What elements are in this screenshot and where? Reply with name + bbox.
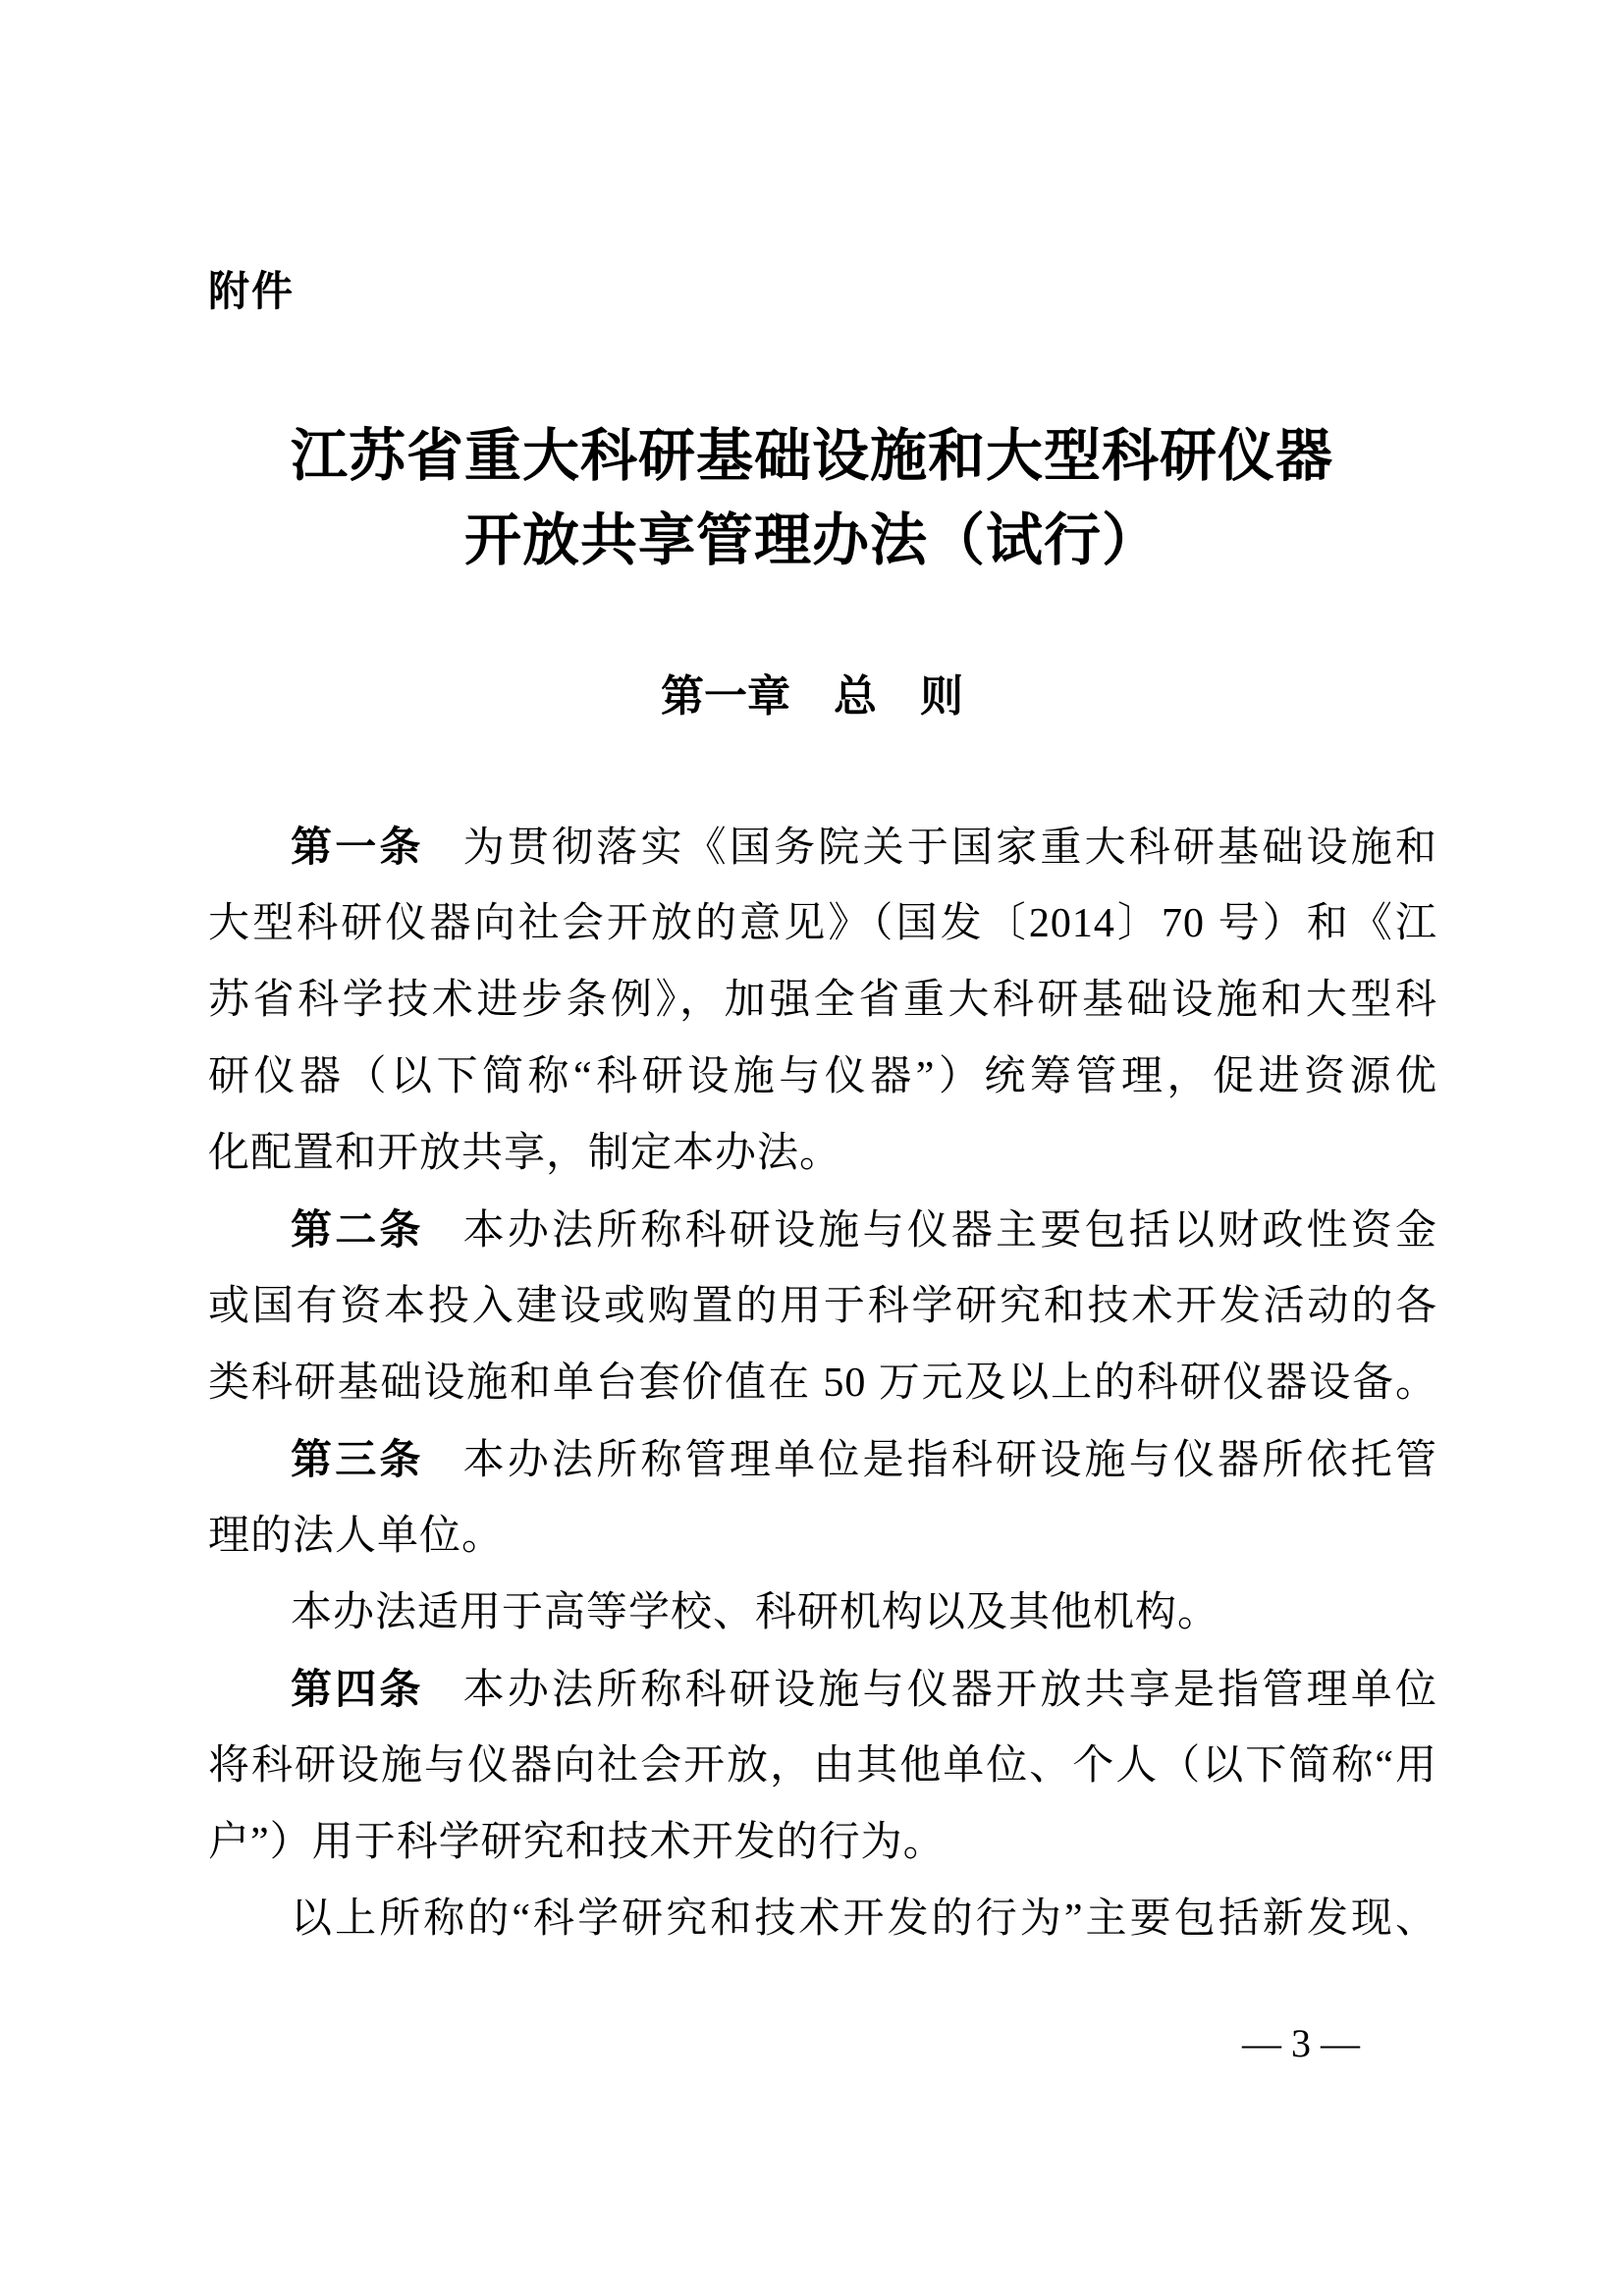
- body-line: 第二条本办法所称科研设施与仪器主要包括以财政性资金: [208, 1192, 1437, 1268]
- body-line: 以上所称的“科学研究和技术开发的行为”主要包括新发现、: [208, 1881, 1437, 1957]
- body-line: 本办法适用于高等学校、科研机构以及其他机构。: [208, 1575, 1437, 1651]
- chapter-heading: 第一章 总 则: [0, 671, 1624, 722]
- body-line-text: 类科研基础设施和单台套价值在 50 万元及以上的科研仪器设备。: [208, 1361, 1437, 1406]
- page-number: — 3 —: [1218, 2020, 1384, 2067]
- body-line-text: 本办法所称科研设施与仪器主要包括以财政性资金: [463, 1208, 1437, 1254]
- body-line-text: 研仪器（以下简称“科研设施与仪器”）统筹管理，促进资源优: [208, 1054, 1437, 1099]
- body-line-text: 以上所称的“科学研究和技术开发的行为”主要包括新发现、: [291, 1896, 1437, 1942]
- body-line-text: 苏省科学技术进步条例》，加强全省重大科研基础设施和大型科: [208, 978, 1437, 1023]
- body-line-text: 本办法所称管理单位是指科研设施与仪器所依托管: [463, 1438, 1437, 1483]
- body-line-text: 化配置和开放共享，制定本办法。: [208, 1131, 841, 1176]
- body-line: 大型科研仪器向社会开放的意见》（国发〔2014〕70 号）和《江: [208, 885, 1437, 962]
- document-title: 江苏省重大科研基础设施和大型科研仪器 开放共享管理办法（试行）: [0, 414, 1624, 583]
- body-line: 理的法人单位。: [208, 1498, 1437, 1575]
- body-line: 户”）用于科学研究和技术开发的行为。: [208, 1804, 1437, 1881]
- body-line-text: 本办法适用于高等学校、科研机构以及其他机构。: [291, 1590, 1219, 1635]
- document-page: 附件 江苏省重大科研基础设施和大型科研仪器 开放共享管理办法（试行） 第一章 总…: [0, 0, 1624, 2296]
- body-line: 第四条本办法所称科研设施与仪器开放共享是指管理单位: [208, 1651, 1437, 1728]
- article-number-label: 第一条: [291, 824, 424, 870]
- document-title-line2: 开放共享管理办法（试行）: [0, 499, 1624, 583]
- body-line-text: 为贯彻落实《国务院关于国家重大科研基础设施和: [463, 826, 1437, 871]
- body-line-text: 或国有资本投入建设或购置的用于科学研究和技术开发活动的各: [208, 1284, 1437, 1329]
- body-line: 苏省科学技术进步条例》，加强全省重大科研基础设施和大型科: [208, 962, 1437, 1039]
- body-line: 研仪器（以下简称“科研设施与仪器”）统筹管理，促进资源优: [208, 1039, 1437, 1115]
- article-number-label: 第四条: [291, 1666, 424, 1712]
- body-line-text: 大型科研仪器向社会开放的意见》（国发〔2014〕70 号）和《江: [208, 901, 1437, 946]
- body-line: 将科研设施与仪器向社会开放，由其他单位、个人（以下简称“用: [208, 1728, 1437, 1804]
- body-line: 或国有资本投入建设或购置的用于科学研究和技术开发活动的各: [208, 1268, 1437, 1345]
- body-line-text: 将科研设施与仪器向社会开放，由其他单位、个人（以下简称“用: [208, 1743, 1437, 1789]
- body-line: 化配置和开放共享，制定本办法。: [208, 1115, 1437, 1192]
- document-title-line1: 江苏省重大科研基础设施和大型科研仪器: [0, 414, 1624, 499]
- body-line-text: 理的法人单位。: [208, 1514, 504, 1559]
- body-line: 类科研基础设施和单台套价值在 50 万元及以上的科研仪器设备。: [208, 1345, 1437, 1421]
- article-number-label: 第二条: [291, 1206, 424, 1253]
- body-line-text: 户”）用于科学研究和技术开发的行为。: [208, 1820, 946, 1865]
- body-line-text: 本办法所称科研设施与仪器开放共享是指管理单位: [463, 1668, 1437, 1713]
- body-line: 第三条本办法所称管理单位是指科研设施与仪器所依托管: [208, 1421, 1437, 1498]
- body-line: 第一条为贯彻落实《国务院关于国家重大科研基础设施和: [208, 809, 1437, 885]
- body-lines: 第一条为贯彻落实《国务院关于国家重大科研基础设施和大型科研仪器向社会开放的意见》…: [208, 809, 1437, 1957]
- attachment-label: 附件: [208, 267, 295, 316]
- article-number-label: 第三条: [291, 1436, 424, 1482]
